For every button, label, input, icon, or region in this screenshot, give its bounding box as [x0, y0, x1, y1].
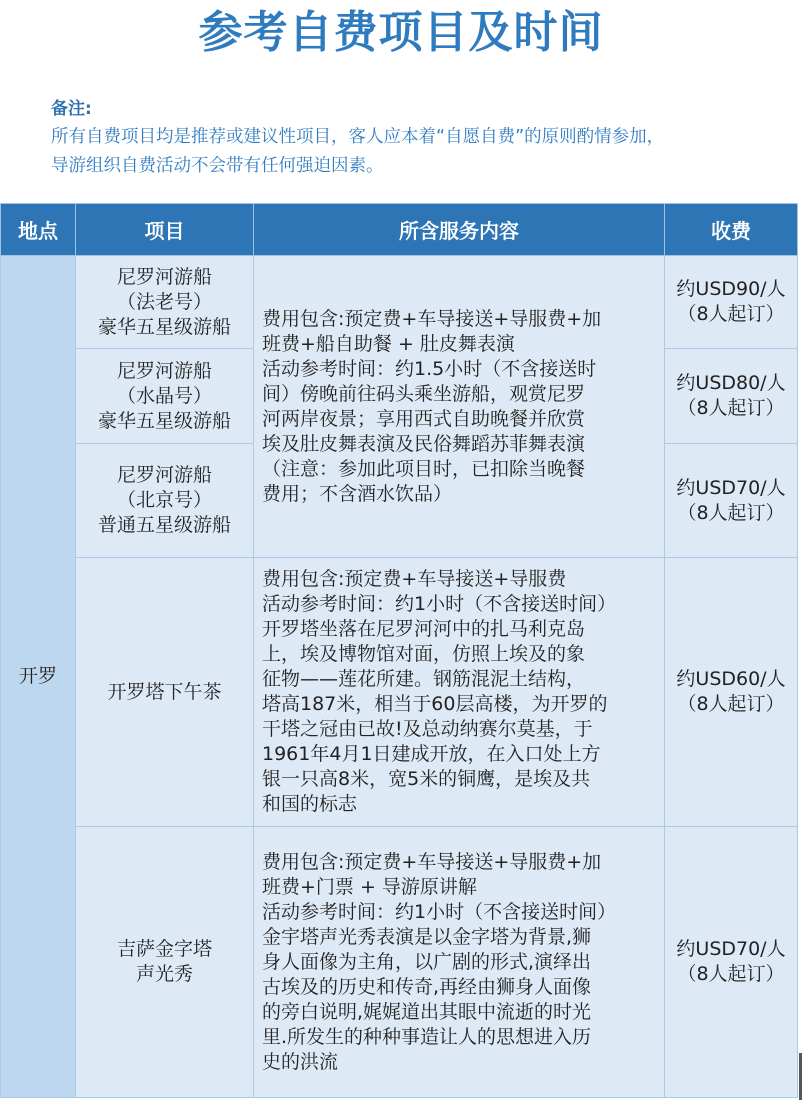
item-cell: 尼罗河游船 （北京号） 普通五星级游船 — [76, 444, 254, 558]
cruise-description-cell: 费用包含:预定费+车导接送+导服费+加 班费+船自助餐 + 肚皮舞表演 活动参考… — [254, 256, 665, 558]
desc-line: 费用；不含酒水饮品） — [262, 482, 658, 507]
desc-line: 上，埃及博物馆对面，仿照上埃及的象 — [262, 642, 658, 667]
price-line: 约USD80/人 — [665, 371, 797, 396]
note-text: 所有自费项目均是推荐或建议性项目，客人应本着“自愿自费”的原则酌情参加， 导游组… — [51, 123, 791, 181]
desc-line: 费用包含:预定费+车导接送+导服费+加 — [262, 850, 658, 875]
item-line: 豪华五星级游船 — [76, 315, 253, 340]
desc-line: 班费+门票 + 导游原讲解 — [262, 875, 658, 900]
desc-line: 里.所发生的种种事造让人的思想进入历 — [262, 1025, 658, 1050]
item-cell: 开罗塔下午茶 — [76, 558, 254, 827]
desc-line: 金宇塔声光秀表演是以金字塔为背景,狮 — [262, 925, 658, 950]
note-label: 备注: — [51, 95, 791, 123]
item-line: 开罗塔下午茶 — [76, 680, 253, 705]
desc-line: 塔高187米，相当于60层高楼，为开罗的 — [262, 692, 658, 717]
price-cell: 约USD90/人 （8人起订） — [665, 256, 798, 349]
price-cell: 约USD60/人 （8人起订） — [665, 558, 798, 827]
price-note: （8人起订） — [665, 396, 797, 421]
fee-table: 地点 项目 所含服务内容 收费 开罗 尼罗河游船 （法老号） 豪华五星级游船 费… — [0, 203, 798, 1098]
price-note: （8人起订） — [665, 692, 797, 717]
price-line: 约USD70/人 — [665, 937, 797, 962]
price-cell: 约USD70/人 （8人起订） — [665, 827, 798, 1098]
table-header-row: 地点 项目 所含服务内容 收费 — [1, 204, 798, 256]
price-note: （8人起订） — [665, 501, 797, 526]
note-line: 所有自费项目均是推荐或建议性项目，客人应本着“自愿自费”的原则酌情参加， — [51, 123, 791, 152]
note-line: 导游组织自费活动不会带有任何强迫因素。 — [51, 152, 791, 181]
desc-line: 活动参考时间：约1.5小时（不含接送时 — [262, 357, 658, 382]
desc-line: 银一只高8米，宽5米的铜鹰，是埃及共 — [262, 767, 658, 792]
header-location: 地点 — [1, 204, 76, 256]
item-line: 尼罗河游船 — [76, 463, 253, 488]
page-title: 参考自费项目及时间 — [0, 2, 802, 64]
header-services: 所含服务内容 — [254, 204, 665, 256]
item-line: 尼罗河游船 — [76, 265, 253, 290]
desc-line: （注意：参加此项目时，已扣除当晚餐 — [262, 457, 658, 482]
table-row: 吉萨金字塔 声光秀 费用包含:预定费+车导接送+导服费+加 班费+门票 + 导游… — [1, 827, 798, 1098]
price-line: 约USD90/人 — [665, 277, 797, 302]
desc-line: 河两岸夜景；享用西式自助晚餐并欣赏 — [262, 407, 658, 432]
desc-line: 班费+船自助餐 + 肚皮舞表演 — [262, 332, 658, 357]
desc-line: 干塔之冠由已故!及总动纳赛尔莫基，于 — [262, 717, 658, 742]
price-line: 约USD70/人 — [665, 476, 797, 501]
header-price: 收费 — [665, 204, 798, 256]
desc-line: 费用包含:预定费+车导接送+导服费 — [262, 567, 658, 592]
desc-line: 间）傍晚前往码头乘坐游船，观赏尼罗 — [262, 382, 658, 407]
table-row: 开罗 尼罗河游船 （法老号） 豪华五星级游船 费用包含:预定费+车导接送+导服费… — [1, 256, 798, 349]
desc-line: 古埃及的历史和传奇,再经由狮身人面像 — [262, 975, 658, 1000]
desc-line: 和国的标志 — [262, 792, 658, 817]
item-line: 吉萨金字塔 — [76, 937, 253, 962]
item-line: 普通五星级游船 — [76, 513, 253, 538]
desc-line: 征物——莲花所建。钢筋混泥土结构， — [262, 667, 658, 692]
location-cell: 开罗 — [1, 256, 76, 1098]
item-line: 尼罗河游船 — [76, 359, 253, 384]
price-note: （8人起订） — [665, 302, 797, 327]
desc-line: 1961年4月1日建成开放，在入口处上方 — [262, 742, 658, 767]
item-line: （法老号） — [76, 290, 253, 315]
price-cell: 约USD80/人 （8人起订） — [665, 349, 798, 444]
item-line: （北京号） — [76, 488, 253, 513]
item-line: 豪华五星级游船 — [76, 409, 253, 434]
desc-line: 开罗塔坐落在尼罗河河中的扎马利克岛 — [262, 617, 658, 642]
table-row: 开罗塔下午茶 费用包含:预定费+车导接送+导服费 活动参考时间：约1小时（不含接… — [1, 558, 798, 827]
desc-line: 费用包含:预定费+车导接送+导服费+加 — [262, 307, 658, 332]
desc-line: 活动参考时间：约1小时（不含接送时间） — [262, 592, 658, 617]
price-line: 约USD60/人 — [665, 667, 797, 692]
desc-line: 史的洪流 — [262, 1050, 658, 1075]
desc-line: 的旁白说明,娓娓道出其眼中流逝的时光 — [262, 1000, 658, 1025]
price-note: （8人起订） — [665, 962, 797, 987]
item-cell: 吉萨金字塔 声光秀 — [76, 827, 254, 1098]
note-block: 备注: 所有自费项目均是推荐或建议性项目，客人应本着“自愿自费”的原则酌情参加，… — [51, 95, 791, 181]
item-cell: 尼罗河游船 （水晶号） 豪华五星级游船 — [76, 349, 254, 444]
tower-description-cell: 费用包含:预定费+车导接送+导服费 活动参考时间：约1小时（不含接送时间） 开罗… — [254, 558, 665, 827]
item-line: 声光秀 — [76, 962, 253, 987]
header-item: 项目 — [76, 204, 254, 256]
pyramid-description-cell: 费用包含:预定费+车导接送+导服费+加 班费+门票 + 导游原讲解 活动参考时间… — [254, 827, 665, 1098]
desc-line: 身人面像为主角，以广剧的形式,演绎出 — [262, 950, 658, 975]
item-cell: 尼罗河游船 （法老号） 豪华五星级游船 — [76, 256, 254, 349]
price-cell: 约USD70/人 （8人起订） — [665, 444, 798, 558]
desc-line: 活动参考时间：约1小时（不含接送时间） — [262, 900, 658, 925]
desc-line: 埃及肚皮舞表演及民俗舞蹈苏菲舞表演 — [262, 432, 658, 457]
item-line: （水晶号） — [76, 384, 253, 409]
